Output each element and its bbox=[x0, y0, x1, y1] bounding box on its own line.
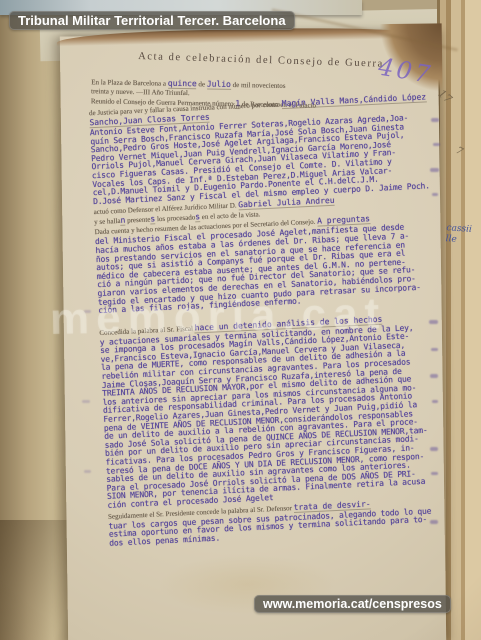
printed-text: de mil novecientos bbox=[231, 81, 286, 90]
typed-fill: Julio bbox=[207, 79, 231, 89]
ink-smudge bbox=[430, 520, 438, 524]
ink-smudge bbox=[430, 374, 438, 378]
archive-photo: Acta de celebración del Consejo de Guerr… bbox=[0, 0, 481, 640]
printed-text: de bbox=[197, 80, 207, 88]
ink-smudge bbox=[84, 470, 91, 473]
ink-smudge bbox=[431, 472, 438, 475]
document-title: Acta de celebración del Consejo de Guerr… bbox=[138, 51, 384, 71]
typed-fill: quince bbox=[168, 79, 197, 90]
website-url-banner: www.memoria.cat/censpresos bbox=[254, 595, 451, 613]
ink-smudge bbox=[82, 400, 90, 403]
ink-smudge bbox=[432, 193, 438, 196]
printed-text: presente bbox=[125, 216, 150, 225]
edge-handwriting-line: lle bbox=[445, 234, 471, 247]
typed-paragraph: Antonio Esteve Font,Antonio Ferrer Soter… bbox=[90, 113, 443, 207]
ink-smudge bbox=[430, 447, 438, 451]
ink-smudge bbox=[432, 400, 438, 403]
printed-text: En la Plaza de Barcelona a bbox=[91, 78, 168, 87]
tribunal-title-banner: Tribunal Militar Territorial Tercer. Bar… bbox=[9, 11, 295, 30]
ink-smudge bbox=[429, 320, 438, 324]
edge-handwriting: cassii lle bbox=[445, 223, 472, 247]
ink-smudge bbox=[431, 118, 439, 122]
ink-smudge bbox=[431, 348, 438, 351]
typed-paragraph: y actuaciones sumariales y termina solic… bbox=[100, 322, 458, 510]
ink-smudge bbox=[433, 143, 440, 146]
memoria-watermark: memoria.cat bbox=[50, 289, 387, 345]
ink-smudge bbox=[430, 168, 439, 172]
printed-text: y se halla bbox=[94, 217, 121, 226]
